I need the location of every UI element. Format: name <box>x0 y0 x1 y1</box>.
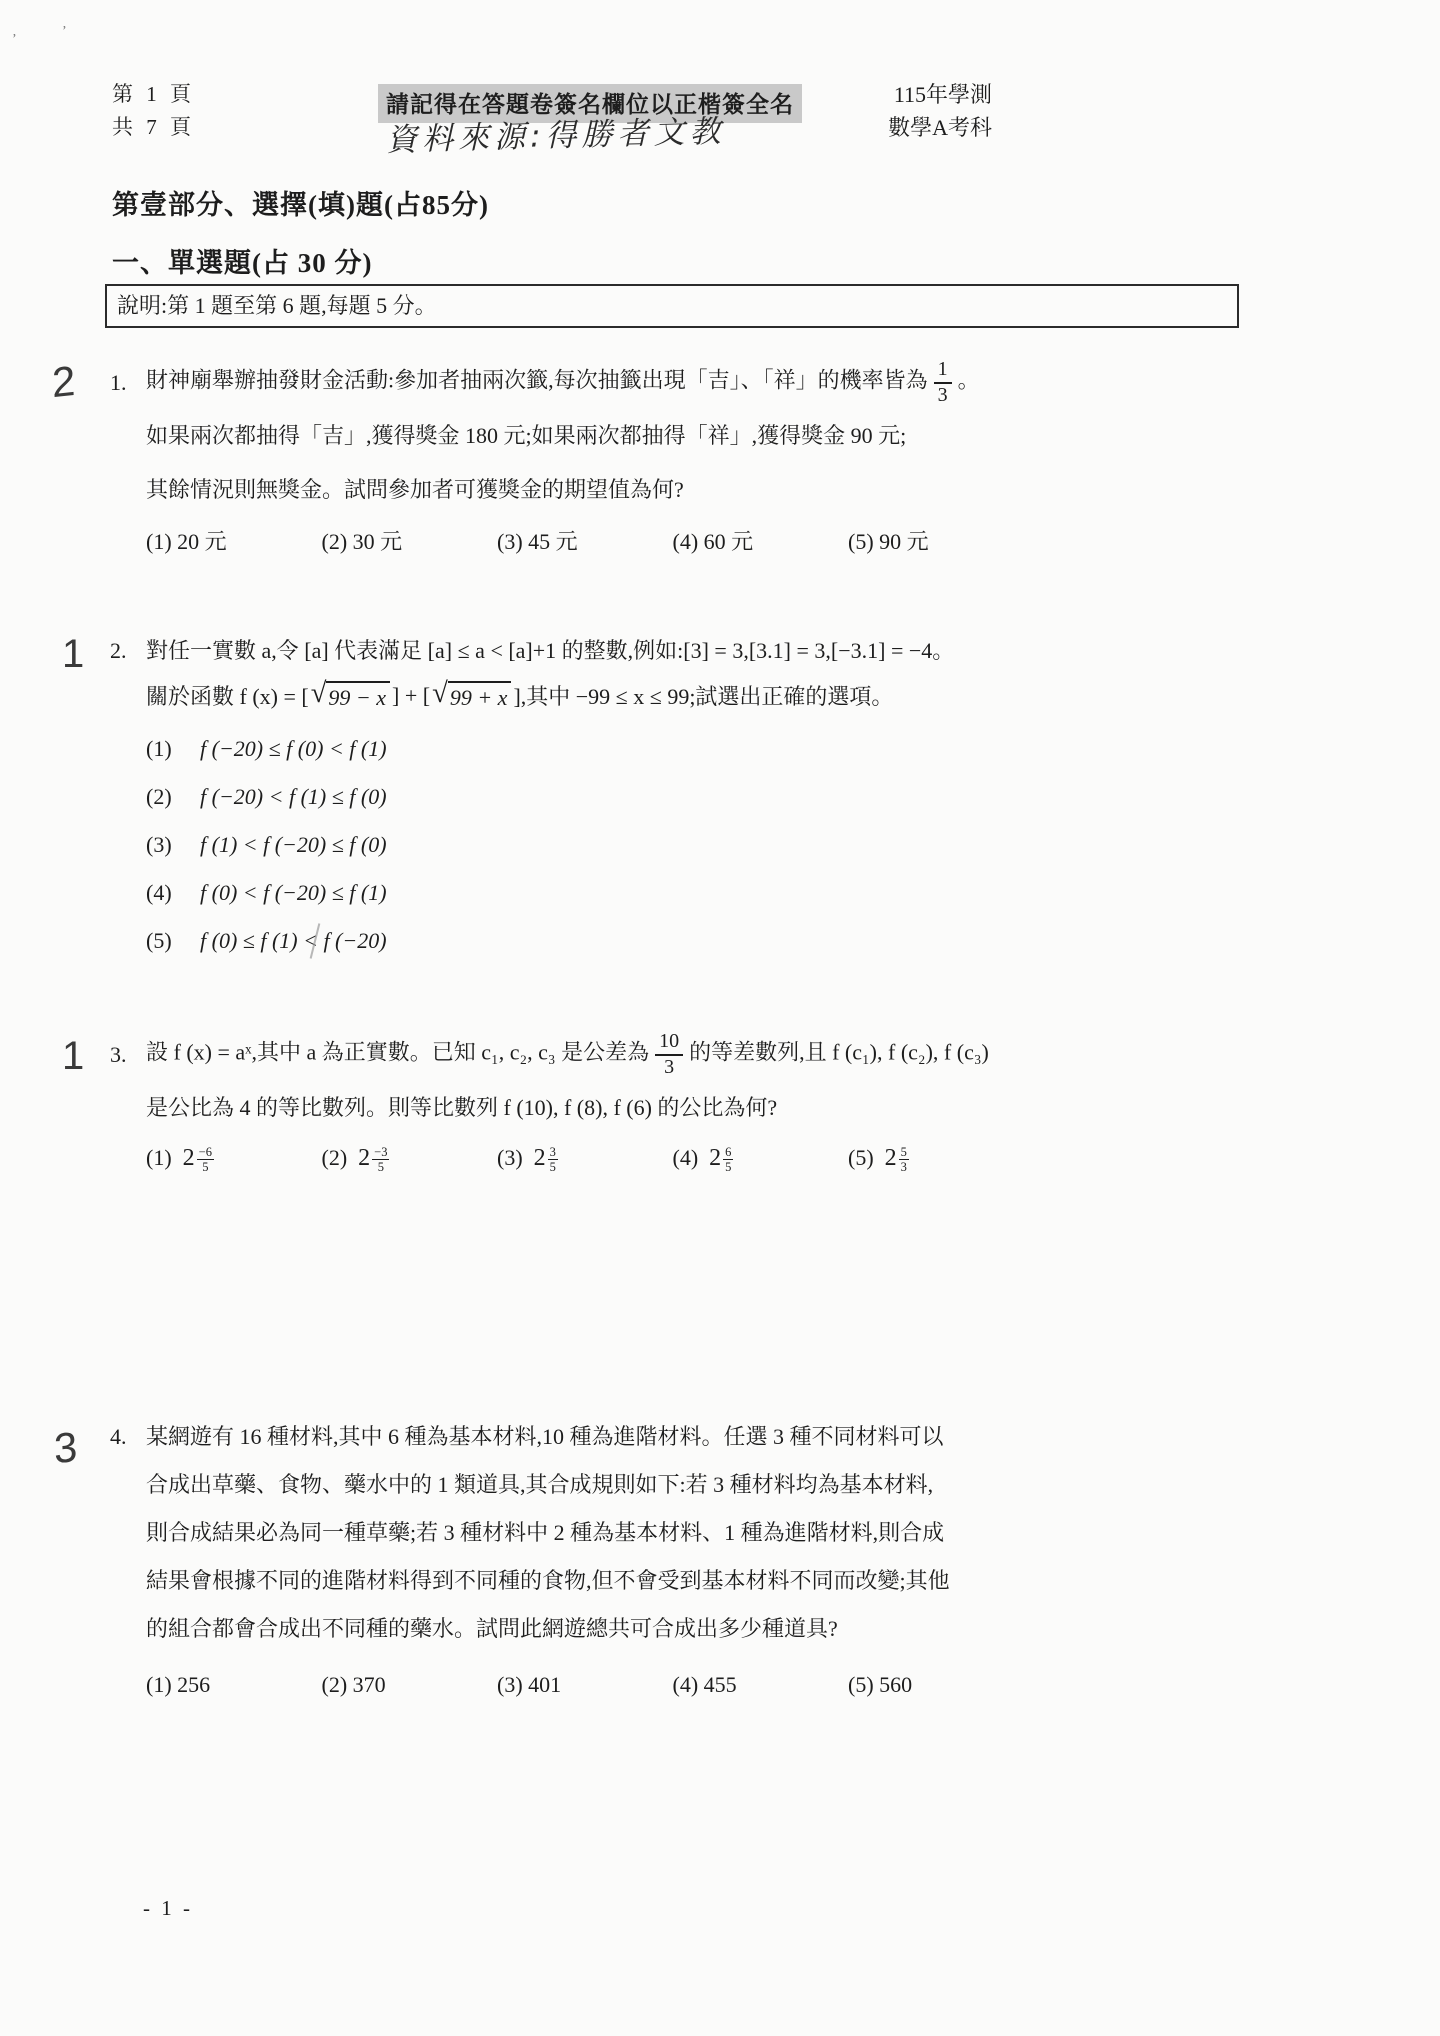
q3-options: (1) 2−65 (2) 2−35 (3) 235 (4) 265 (5) 25… <box>146 1145 1360 1175</box>
fraction-one-third: 13 <box>934 358 952 407</box>
q2-option-1: (1) f (−20) ≤ f (0) < f (1) <box>146 725 1360 773</box>
exponent-numerator: 3 <box>548 1145 558 1160</box>
handwritten-answer-q1: 2 <box>51 357 76 408</box>
exponent-numerator: 5 <box>899 1145 909 1160</box>
option-formula: f (0) < f (−20) ≤ f (1) <box>200 880 387 906</box>
instruction-box: 說明:第 1 題至第 6 題,每題 5 分。 <box>105 284 1239 328</box>
q4-line-1: 4. 某網遊有 16 種材料,其中 6 種為基本材料,10 種為進階材料。任選 … <box>110 1424 1360 1450</box>
exponent-denominator: 5 <box>202 1160 208 1174</box>
q1-options: (1) 20 元 (2) 30 元 (3) 45 元 (4) 60 元 (5) … <box>146 525 1360 556</box>
q4-text: 某網遊有 16 種材料,其中 6 種為基本材料,10 種為進階材料。任選 3 種… <box>146 1424 944 1450</box>
q3-number: 3. <box>110 1042 146 1068</box>
q1-line-3: 其餘情況則無獎金。試問參加者可獲獎金的期望值為何? <box>146 477 1360 503</box>
q1-line-1: 1. 財神廟舉辦抽發財金活動:參加者抽兩次籤,每次抽籤出現「吉」、「祥」的機率皆… <box>110 358 1360 407</box>
question-2: 2. 對任一實數 a,令 [a] 代表滿足 [a] ≤ a < [a]+1 的整… <box>110 638 1360 965</box>
radical-sign: √ <box>311 680 327 709</box>
q3-option-2: (2) 2−35 <box>322 1145 492 1175</box>
q3-text-pre: 設 f (x) = aˣ,其中 a 為正實數。已知 c₁, c₂, c₃ 是公差… <box>146 1040 649 1065</box>
exponent-fraction: 65 <box>723 1145 733 1175</box>
radicand: 99 − x <box>326 681 390 711</box>
q1-option-3: (3) 45 元 <box>497 525 667 556</box>
power-base: 2 <box>534 1145 546 1171</box>
q2-text: 對任一實數 a,令 [a] 代表滿足 [a] ≤ a < [a]+1 的整數,例… <box>146 638 954 664</box>
q4-number: 4. <box>110 1424 146 1450</box>
q1-text-pre: 財神廟舉辦抽發財金活動:參加者抽兩次籤,每次抽籤出現「吉」、「祥」的機率皆為 <box>146 368 928 393</box>
q1-option-5: (5) 90 元 <box>848 525 1018 556</box>
fraction-denominator: 3 <box>938 384 948 407</box>
q3-text-post: 的等差數列,且 f (c₁), f (c₂), f (c₃) <box>689 1040 989 1065</box>
power-base: 2 <box>183 1145 195 1171</box>
q2-number: 2. <box>110 638 146 664</box>
exponent-denominator: 5 <box>378 1160 384 1174</box>
exponent-denominator: 5 <box>550 1160 556 1174</box>
handwritten-answer-q3: 1 <box>62 1034 84 1079</box>
q1-line-2: 如果兩次都抽得「吉」,獲得獎金 180 元;如果兩次都抽得「祥」,獲得獎金 90… <box>146 423 1360 449</box>
q3-text: 設 f (x) = aˣ,其中 a 為正實數。已知 c₁, c₂, c₃ 是公差… <box>146 1030 989 1079</box>
exponent-fraction: −65 <box>197 1145 214 1175</box>
exam-page: ’ ’ 第 1 頁 共 7 頁 請記得在答題卷簽名欄位以正楷簽全名 資料來源:得… <box>0 0 1440 2036</box>
exponent-numerator: 6 <box>723 1145 733 1160</box>
q2-options: (1) f (−20) ≤ f (0) < f (1) (2) f (−20) … <box>146 725 1360 965</box>
exponent-fraction: −35 <box>372 1145 389 1175</box>
fraction-ten-thirds: 103 <box>655 1030 683 1079</box>
q1-text-post: 。 <box>958 368 980 393</box>
q4-line-4: 結果會根據不同的進階材料得到不同種的食物,但不會受到基本材料不同而改變;其他 <box>146 1568 1360 1594</box>
option-label: (1) <box>146 1145 172 1170</box>
option-label: (2) <box>146 784 200 810</box>
sqrt-99-minus-x: √99 − x <box>311 681 390 711</box>
scan-speck: ’ <box>62 24 67 40</box>
fraction-denominator: 3 <box>664 1056 674 1079</box>
option-formula: f (−20) < f (1) ≤ f (0) <box>200 784 387 810</box>
handwritten-answer-q4: 3 <box>53 1423 78 1474</box>
q2-formula-post: ],其中 −99 ≤ x ≤ 99;試選出正確的選項。 <box>513 680 893 711</box>
option-formula: f (1) < f (−20) ≤ f (0) <box>200 832 387 858</box>
exam-subject: 數學A考科 <box>888 111 992 144</box>
q3-option-4: (4) 265 <box>673 1145 843 1175</box>
q2-option-5: (5) f (0) ≤ f (1) < f (−20) <box>146 917 1360 965</box>
q3-line-1: 3. 設 f (x) = aˣ,其中 a 為正實數。已知 c₁, c₂, c₃ … <box>110 1030 1360 1079</box>
handwritten-answer-q2: 1 <box>62 632 84 677</box>
exponent-denominator: 5 <box>725 1160 731 1174</box>
q1-text: 財神廟舉辦抽發財金活動:參加者抽兩次籤,每次抽籤出現「吉」、「祥」的機率皆為13… <box>146 358 980 407</box>
q1-option-4: (4) 60 元 <box>673 525 843 556</box>
power-base: 2 <box>709 1145 721 1171</box>
exponent-numerator: −3 <box>372 1145 389 1160</box>
q4-line-2: 合成出草藥、食物、藥水中的 1 類道具,其合成規則如下:若 3 種材料均為基本材… <box>146 1472 1360 1498</box>
q3-option-1: (1) 2−65 <box>146 1145 316 1175</box>
option-label: (4) <box>146 880 200 906</box>
exam-year: 115年學測 <box>888 78 992 111</box>
q4-options: (1) 256 (2) 370 (3) 401 (4) 455 (5) 560 <box>146 1672 1360 1698</box>
exam-identifier: 115年學測 數學A考科 <box>888 78 992 144</box>
q4-option-2: (2) 370 <box>322 1672 492 1698</box>
part-title: 第壹部分、選擇(填)題(占85分) <box>112 183 489 222</box>
q2-option-3: (3) f (1) < f (−20) ≤ f (0) <box>146 821 1360 869</box>
q4-line-3: 則合成結果必為同一種草藥;若 3 種材料中 2 種為基本材料、1 種為進階材料,… <box>146 1520 1360 1546</box>
scan-speck: ’ <box>12 32 17 48</box>
footer-page-number: - 1 - <box>143 1896 193 1921</box>
option-label: (5) <box>146 928 200 954</box>
q4-option-3: (3) 401 <box>497 1672 667 1698</box>
exponent-fraction: 35 <box>548 1145 558 1175</box>
q2-option-2: (2) f (−20) < f (1) ≤ f (0) <box>146 773 1360 821</box>
option-label: (5) <box>848 1145 874 1170</box>
q3-option-3: (3) 235 <box>497 1145 667 1175</box>
option-label: (4) <box>673 1145 699 1170</box>
handwritten-source-note: 資料來源:得勝者文教 <box>385 106 726 160</box>
option-label: (2) <box>322 1145 348 1170</box>
q4-line-5: 的組合都會合成出不同種的藥水。試問此網遊總共可合成出多少種道具? <box>146 1616 1360 1642</box>
q2-formula-pre: 關於函數 f (x) = [ <box>146 680 309 711</box>
q4-option-5: (5) 560 <box>848 1672 1018 1698</box>
option-formula: f (−20) ≤ f (0) < f (1) <box>200 736 387 762</box>
exponent-fraction: 53 <box>899 1145 909 1175</box>
q1-option-1: (1) 20 元 <box>146 525 316 556</box>
question-4: 4. 某網遊有 16 種材料,其中 6 種為基本材料,10 種為進階材料。任選 … <box>110 1424 1360 1698</box>
subsection-title: 一、單選題(占 30 分) <box>112 241 372 280</box>
option-label: (1) <box>146 736 200 762</box>
option-label: (3) <box>497 1145 523 1170</box>
radicand: 99 + x <box>448 681 512 711</box>
fraction-numerator: 10 <box>655 1030 683 1056</box>
question-3: 3. 設 f (x) = aˣ,其中 a 為正實數。已知 c₁, c₂, c₃ … <box>110 1030 1360 1175</box>
q1-number: 1. <box>110 370 146 396</box>
page-counter: 第 1 頁 共 7 頁 <box>112 78 195 144</box>
q2-line-2: 關於函數 f (x) = [√99 − x] + [√99 + x],其中 −9… <box>146 680 1360 711</box>
page-number-line: 第 1 頁 <box>112 78 195 111</box>
option-formula: f (0) ≤ f (1) < f (−20) <box>200 928 387 954</box>
q2-formula-mid: ] + [ <box>392 683 430 709</box>
q4-option-4: (4) 455 <box>673 1672 843 1698</box>
fraction-numerator: 1 <box>934 358 952 384</box>
question-1: 1. 財神廟舉辦抽發財金活動:參加者抽兩次籤,每次抽籤出現「吉」、「祥」的機率皆… <box>110 358 1360 556</box>
q2-option-4: (4) f (0) < f (−20) ≤ f (1) <box>146 869 1360 917</box>
q3-line-2: 是公比為 4 的等比數列。則等比數列 f (10), f (8), f (6) … <box>146 1095 1360 1121</box>
power-base: 2 <box>358 1145 370 1171</box>
exponent-denominator: 3 <box>901 1160 907 1174</box>
q1-option-2: (2) 30 元 <box>322 525 492 556</box>
sqrt-99-plus-x: √99 + x <box>432 681 511 711</box>
option-label: (3) <box>146 832 200 858</box>
exponent-numerator: −6 <box>197 1145 214 1160</box>
radical-sign: √ <box>432 680 448 709</box>
power-base: 2 <box>885 1145 897 1171</box>
q3-option-5: (5) 253 <box>848 1145 1018 1175</box>
q4-option-1: (1) 256 <box>146 1672 316 1698</box>
page-total-line: 共 7 頁 <box>112 111 195 144</box>
q2-line-1: 2. 對任一實數 a,令 [a] 代表滿足 [a] ≤ a < [a]+1 的整… <box>110 638 1360 664</box>
